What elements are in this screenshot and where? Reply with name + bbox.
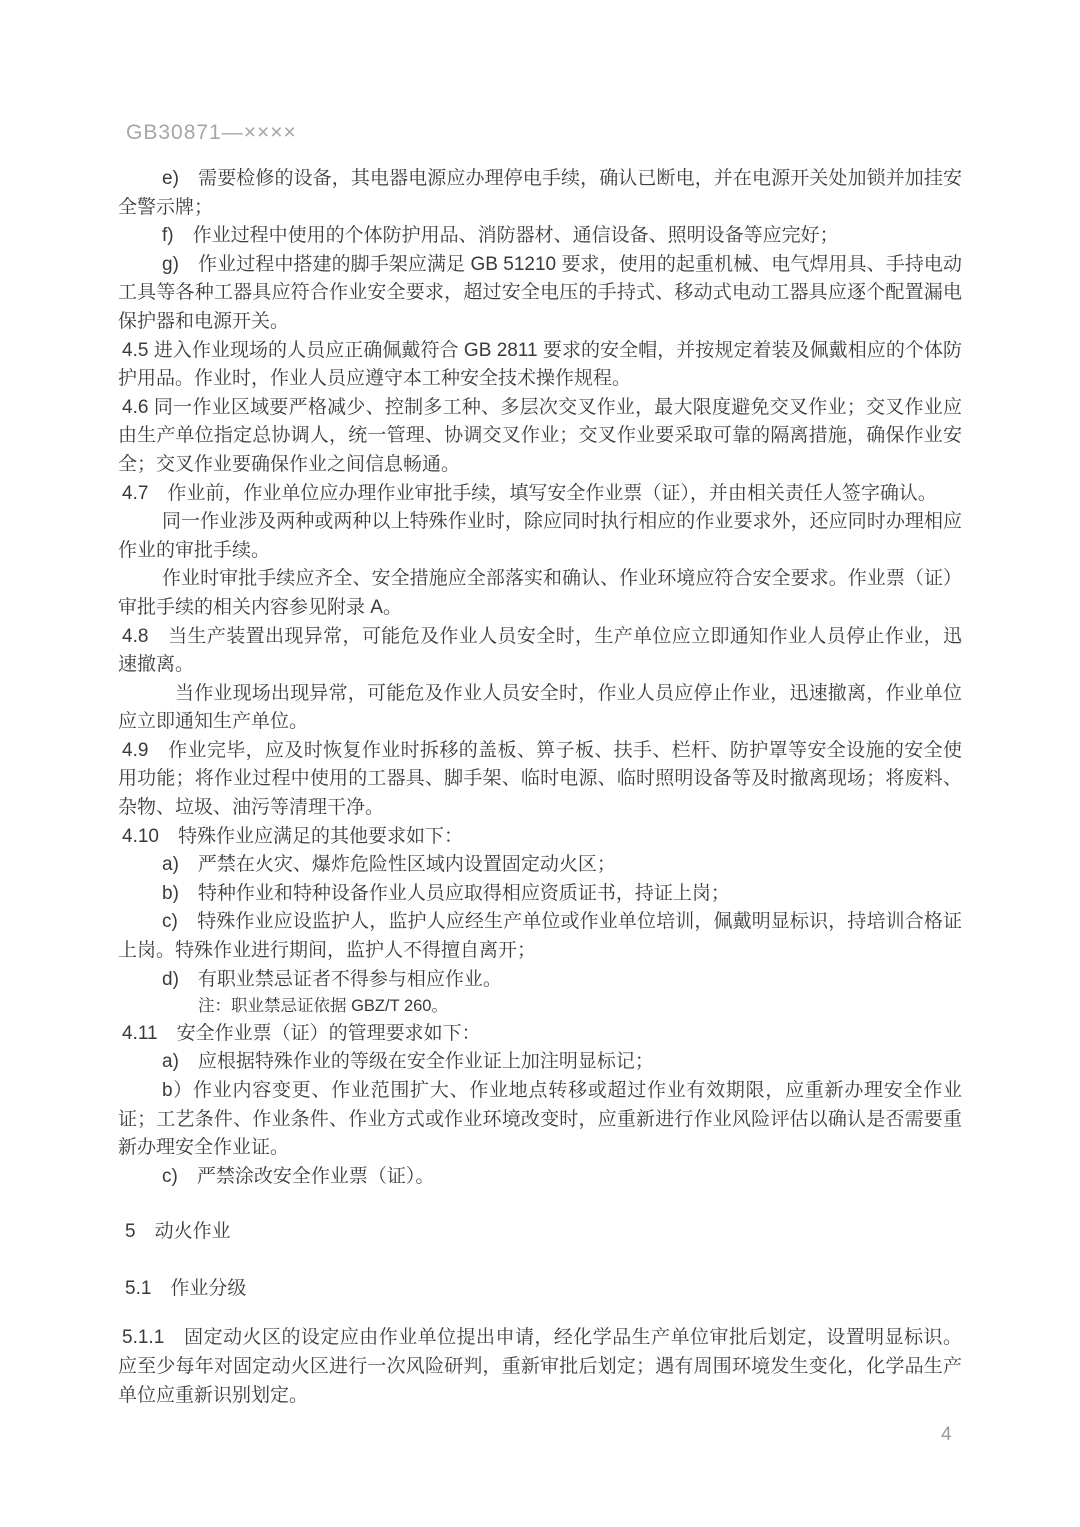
clause-5-1-1: 5.1.1 固定动火区的设定应由作业单位提出申请，经化学品生产单位审批后划定，设… xyxy=(118,1324,962,1410)
clause-4-8-para-2: 当作业现场出现异常，可能危及作业人员安全时，作业人员应停止作业，迅速撤离，作业单… xyxy=(118,680,962,737)
clause-4-9: 4.9 作业完毕，应及时恢复作业时拆移的盖板、箅子板、扶手、栏杆、防护罩等安全设… xyxy=(118,737,962,823)
list-item-f: f) 作业过程中使用的个体防护用品、消防器材、通信设备、照明设备等应完好； xyxy=(118,222,962,251)
list-item-4-10-d: d) 有职业禁忌证者不得参与相应作业。 xyxy=(118,966,962,995)
document-page: GB30871—×××× e) 需要检修的设备，其电器电源应办理停电手续，确认已… xyxy=(0,0,1080,1527)
section-heading-5: 5 动火作业 xyxy=(118,1218,962,1247)
list-item-4-11-c: c) 严禁涂改安全作业票（证）。 xyxy=(118,1163,962,1192)
list-item-g: g) 作业过程中搭建的脚手架应满足 GB 51210 要求，使用的起重机械、电气… xyxy=(118,251,962,337)
list-item-4-10-c: c) 特殊作业应设监护人，监护人应经生产单位或作业单位培训，佩戴明显标识，持培训… xyxy=(118,908,962,965)
clause-4-6: 4.6 同一作业区域要严格减少、控制多工种、多层次交叉作业，最大限度避免交叉作业… xyxy=(118,394,962,480)
clause-4-10: 4.10 特殊作业应满足的其他要求如下： xyxy=(118,823,962,852)
list-item-4-11-a: a) 应根据特殊作业的等级在安全作业证上加注明显标记； xyxy=(118,1048,962,1077)
section-heading-5-1: 5.1 作业分级 xyxy=(118,1275,962,1304)
list-item-4-10-b: b) 特种作业和特种设备作业人员应取得相应资质证书，持证上岗； xyxy=(118,880,962,909)
clause-4-8: 4.8 当生产装置出现异常，可能危及作业人员安全时，生产单位应立即通知作业人员停… xyxy=(118,623,962,680)
clause-4-7-para-2: 同一作业涉及两种或两种以上特殊作业时，除应同时执行相应的作业要求外，还应同时办理… xyxy=(118,508,962,565)
clause-4-7-para-3: 作业时审批手续应齐全、安全措施应全部落实和确认、作业环境应符合安全要求。作业票（… xyxy=(118,565,962,622)
doc-code-header: GB30871—×××× xyxy=(126,120,962,146)
clause-4-7: 4.7 作业前，作业单位应办理作业审批手续，填写安全作业票（证），并由相关责任人… xyxy=(118,480,962,509)
list-item-4-11-b: b）作业内容变更、作业范围扩大、作业地点转移或超过作业有效期限，应重新办理安全作… xyxy=(118,1077,962,1163)
note-occupational: 注：职业禁忌证依据 GBZ/T 260。 xyxy=(118,994,962,1020)
list-item-e: e) 需要检修的设备，其电器电源应办理停电手续，确认已断电，并在电源开关处加锁并… xyxy=(118,165,962,222)
list-item-4-10-a: a) 严禁在火灾、爆炸危险性区域内设置固定动火区； xyxy=(118,851,962,880)
page-number: 4 xyxy=(941,1424,952,1446)
clause-4-5: 4.5 进入作业现场的人员应正确佩戴符合 GB 2811 要求的安全帽，并按规定… xyxy=(118,337,962,394)
clause-4-11: 4.11 安全作业票（证）的管理要求如下： xyxy=(118,1020,962,1049)
